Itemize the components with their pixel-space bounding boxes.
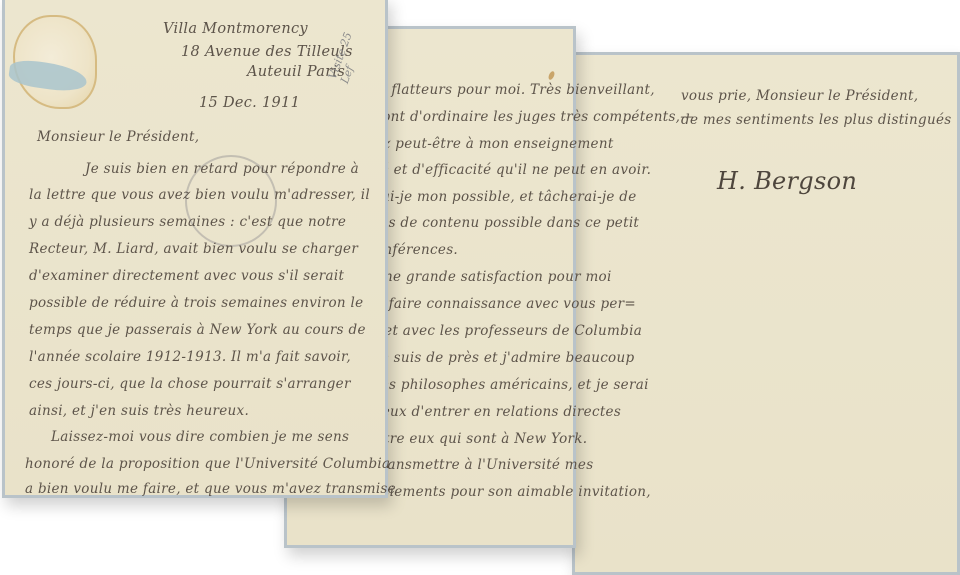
closing-line: de mes sentiments les plus distingués <box>681 112 952 128</box>
address-line: Villa Montmorency <box>163 21 308 37</box>
body-line: Laissez-moi vous dire combien je me sens <box>51 429 349 445</box>
body-line: honoré de la proposition que l'Universit… <box>25 456 390 472</box>
signature: H. Bergson <box>717 167 857 195</box>
body-line: la lettre que vous avez bien voulu m'adr… <box>29 187 370 203</box>
body-line: tes philosophes américains, et je serai <box>375 377 649 393</box>
body-line: transmettre à l'Université mes <box>375 457 593 473</box>
body-line: , et avec les professeurs de Columbia <box>375 323 642 339</box>
address-line: 18 Avenue des Tilleuls <box>181 44 353 60</box>
body-line: sont d'ordinaire les juges très compéten… <box>375 109 694 125</box>
body-line: y a déjà plusieurs semaines : c'est que … <box>29 214 346 230</box>
letter-date: 15 Dec. 1911 <box>199 95 300 111</box>
body-line: Recteur, M. Liard, avait bien voulu se c… <box>29 241 358 257</box>
body-line: si flatteurs pour moi. Très bienveillant… <box>375 82 655 98</box>
salutation: Monsieur le Président, <box>37 129 199 145</box>
body-line: ez peut-être à mon enseignement <box>375 136 614 152</box>
body-line: té et d'efficacité qu'il ne peut en avoi… <box>375 162 651 178</box>
body-line: temps que je passerais à New York au cou… <box>29 322 366 338</box>
body-line: d'examiner directement avec vous s'il se… <box>29 268 344 284</box>
body-line: possible de réduire à trois semaines env… <box>29 295 363 311</box>
body-line: n faire connaissance avec vous per= <box>375 296 636 312</box>
body-line: ainsi, et j'en suis très heureux. <box>29 403 249 419</box>
body-line: ntre eux qui sont à New York. <box>375 431 587 447</box>
body-line: ces jours-ci, que la chose pourrait s'ar… <box>29 376 351 392</box>
body-line: rciements pour son aimable invitation, <box>375 484 651 500</box>
body-line: Je suis bien en retard pour répondre à <box>85 161 359 177</box>
body-line: reux d'entrer en relations directes <box>375 404 621 420</box>
body-line: rai-je mon possible, et tâcherai-je de <box>375 189 637 205</box>
closing-line: vous prie, Monsieur le Président, <box>681 88 918 104</box>
body-line: Je suis de près et j'admire beaucoup <box>375 350 634 366</box>
letter-page-1: Villa Montmorency 18 Avenue des Tilleuls… <box>2 0 388 498</box>
body-line: une grande satisfaction pour moi <box>375 269 612 285</box>
body-line: l'année scolaire 1912-1913. Il m'a fait … <box>29 349 351 365</box>
body-line: lus de contenu possible dans ce petit <box>375 215 639 231</box>
body-line: a bien voulu me faire, et que vous m'ave… <box>25 481 396 497</box>
